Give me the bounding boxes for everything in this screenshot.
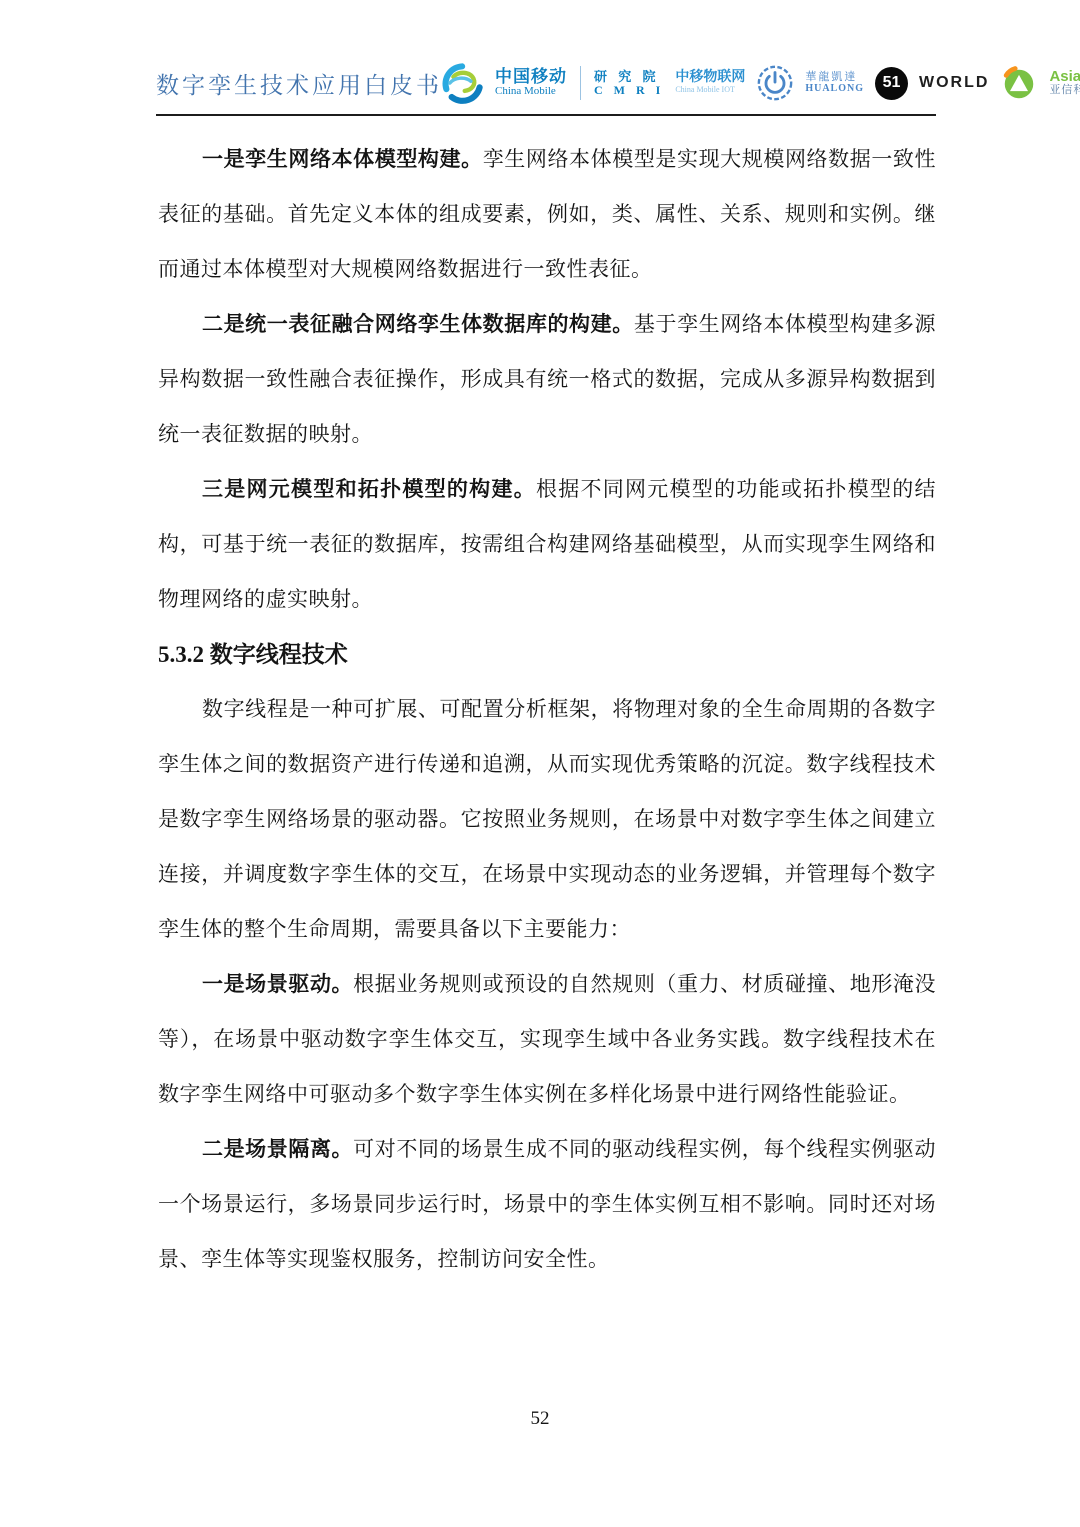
51world-wordmark: WORLD <box>919 74 989 92</box>
paragraph-ontology-model: 一是孪生网络本体模型构建。孪生网络本体模型是实现大规模网络数据一致性表征的基础。… <box>158 132 936 297</box>
hualong-logo-text: 華龍凱達 HUALONG <box>805 72 864 94</box>
paragraph-lead: 二是统一表征融合网络孪生体数据库的构建。 <box>202 312 634 336</box>
hualong-logo-icon <box>756 64 794 102</box>
partner-logos: 中国移动 China Mobile 研 究 院 C M R I 中移物联网 Ch… <box>442 62 1080 104</box>
cmri-en: C M R I <box>594 84 664 97</box>
paragraph-lead: 一是孪生网络本体模型构建。 <box>202 147 483 171</box>
asiainfo-logo-text: AsiaInfo 亚信科技 <box>1049 69 1080 96</box>
document-title: 数字孪生技术应用白皮书 <box>156 67 442 100</box>
document-body: 一是孪生网络本体模型构建。孪生网络本体模型是实现大规模网络数据一致性表征的基础。… <box>158 132 936 1287</box>
cmiot-cn: 中移物联网 <box>675 71 745 86</box>
paragraph-unified-database: 二是统一表征融合网络孪生体数据库的构建。基于孪生网络本体模型构建多源异构数据一致… <box>158 297 936 462</box>
china-mobile-cn: 中国移动 <box>495 68 567 86</box>
china-mobile-logo-text: 中国移动 China Mobile <box>495 68 567 97</box>
cmiot-en: China Mobile IOT <box>675 86 745 94</box>
page-number: 52 <box>0 1408 1080 1430</box>
hualong-en: HUALONG <box>805 84 864 95</box>
paragraph-text: 数字线程是一种可扩展、可配置分析框架，将物理对象的全生命周期的各数字孪生体之间的… <box>158 697 936 941</box>
asiainfo-cn: 亚信科技 <box>1049 85 1080 97</box>
51world-logo-icon: 51 <box>875 67 908 100</box>
asiainfo-en: AsiaInfo <box>1049 69 1080 85</box>
asiainfo-logo-icon <box>1000 64 1038 102</box>
page-header: 数字孪生技术应用白皮书 中国移动 China Mobile 研 究 院 C M … <box>156 52 936 116</box>
cmiot-logo-text: 中移物联网 China Mobile IOT <box>675 71 745 94</box>
paragraph-topology-model: 三是网元模型和拓扑模型的构建。根据不同网元模型的功能或拓扑模型的结构，可基于统一… <box>158 462 936 627</box>
section-heading-5-3-2: 5.3.2 数字线程技术 <box>158 627 936 682</box>
paragraph-lead: 三是网元模型和拓扑模型的构建。 <box>202 477 536 501</box>
cmri-logo-text: 研 究 院 C M R I <box>594 70 664 96</box>
logo-divider <box>580 66 581 100</box>
paragraph-scene-isolation: 二是场景隔离。可对不同的场景生成不同的驱动线程实例，每个线程实例驱动一个场景运行… <box>158 1122 936 1287</box>
cmri-cn: 研 究 院 <box>594 70 664 84</box>
paragraph-digital-thread-intro: 数字线程是一种可扩展、可配置分析框架，将物理对象的全生命周期的各数字孪生体之间的… <box>158 682 936 957</box>
paragraph-lead: 二是场景隔离。 <box>202 1137 353 1161</box>
china-mobile-en: China Mobile <box>495 86 567 98</box>
hualong-cn: 華龍凱達 <box>805 72 864 84</box>
paragraph-scene-driving: 一是场景驱动。根据业务规则或预设的自然规则（重力、材质碰撞、地形淹没等），在场景… <box>158 957 936 1122</box>
paragraph-lead: 一是场景驱动。 <box>202 972 353 996</box>
china-mobile-logo-icon <box>442 62 484 104</box>
